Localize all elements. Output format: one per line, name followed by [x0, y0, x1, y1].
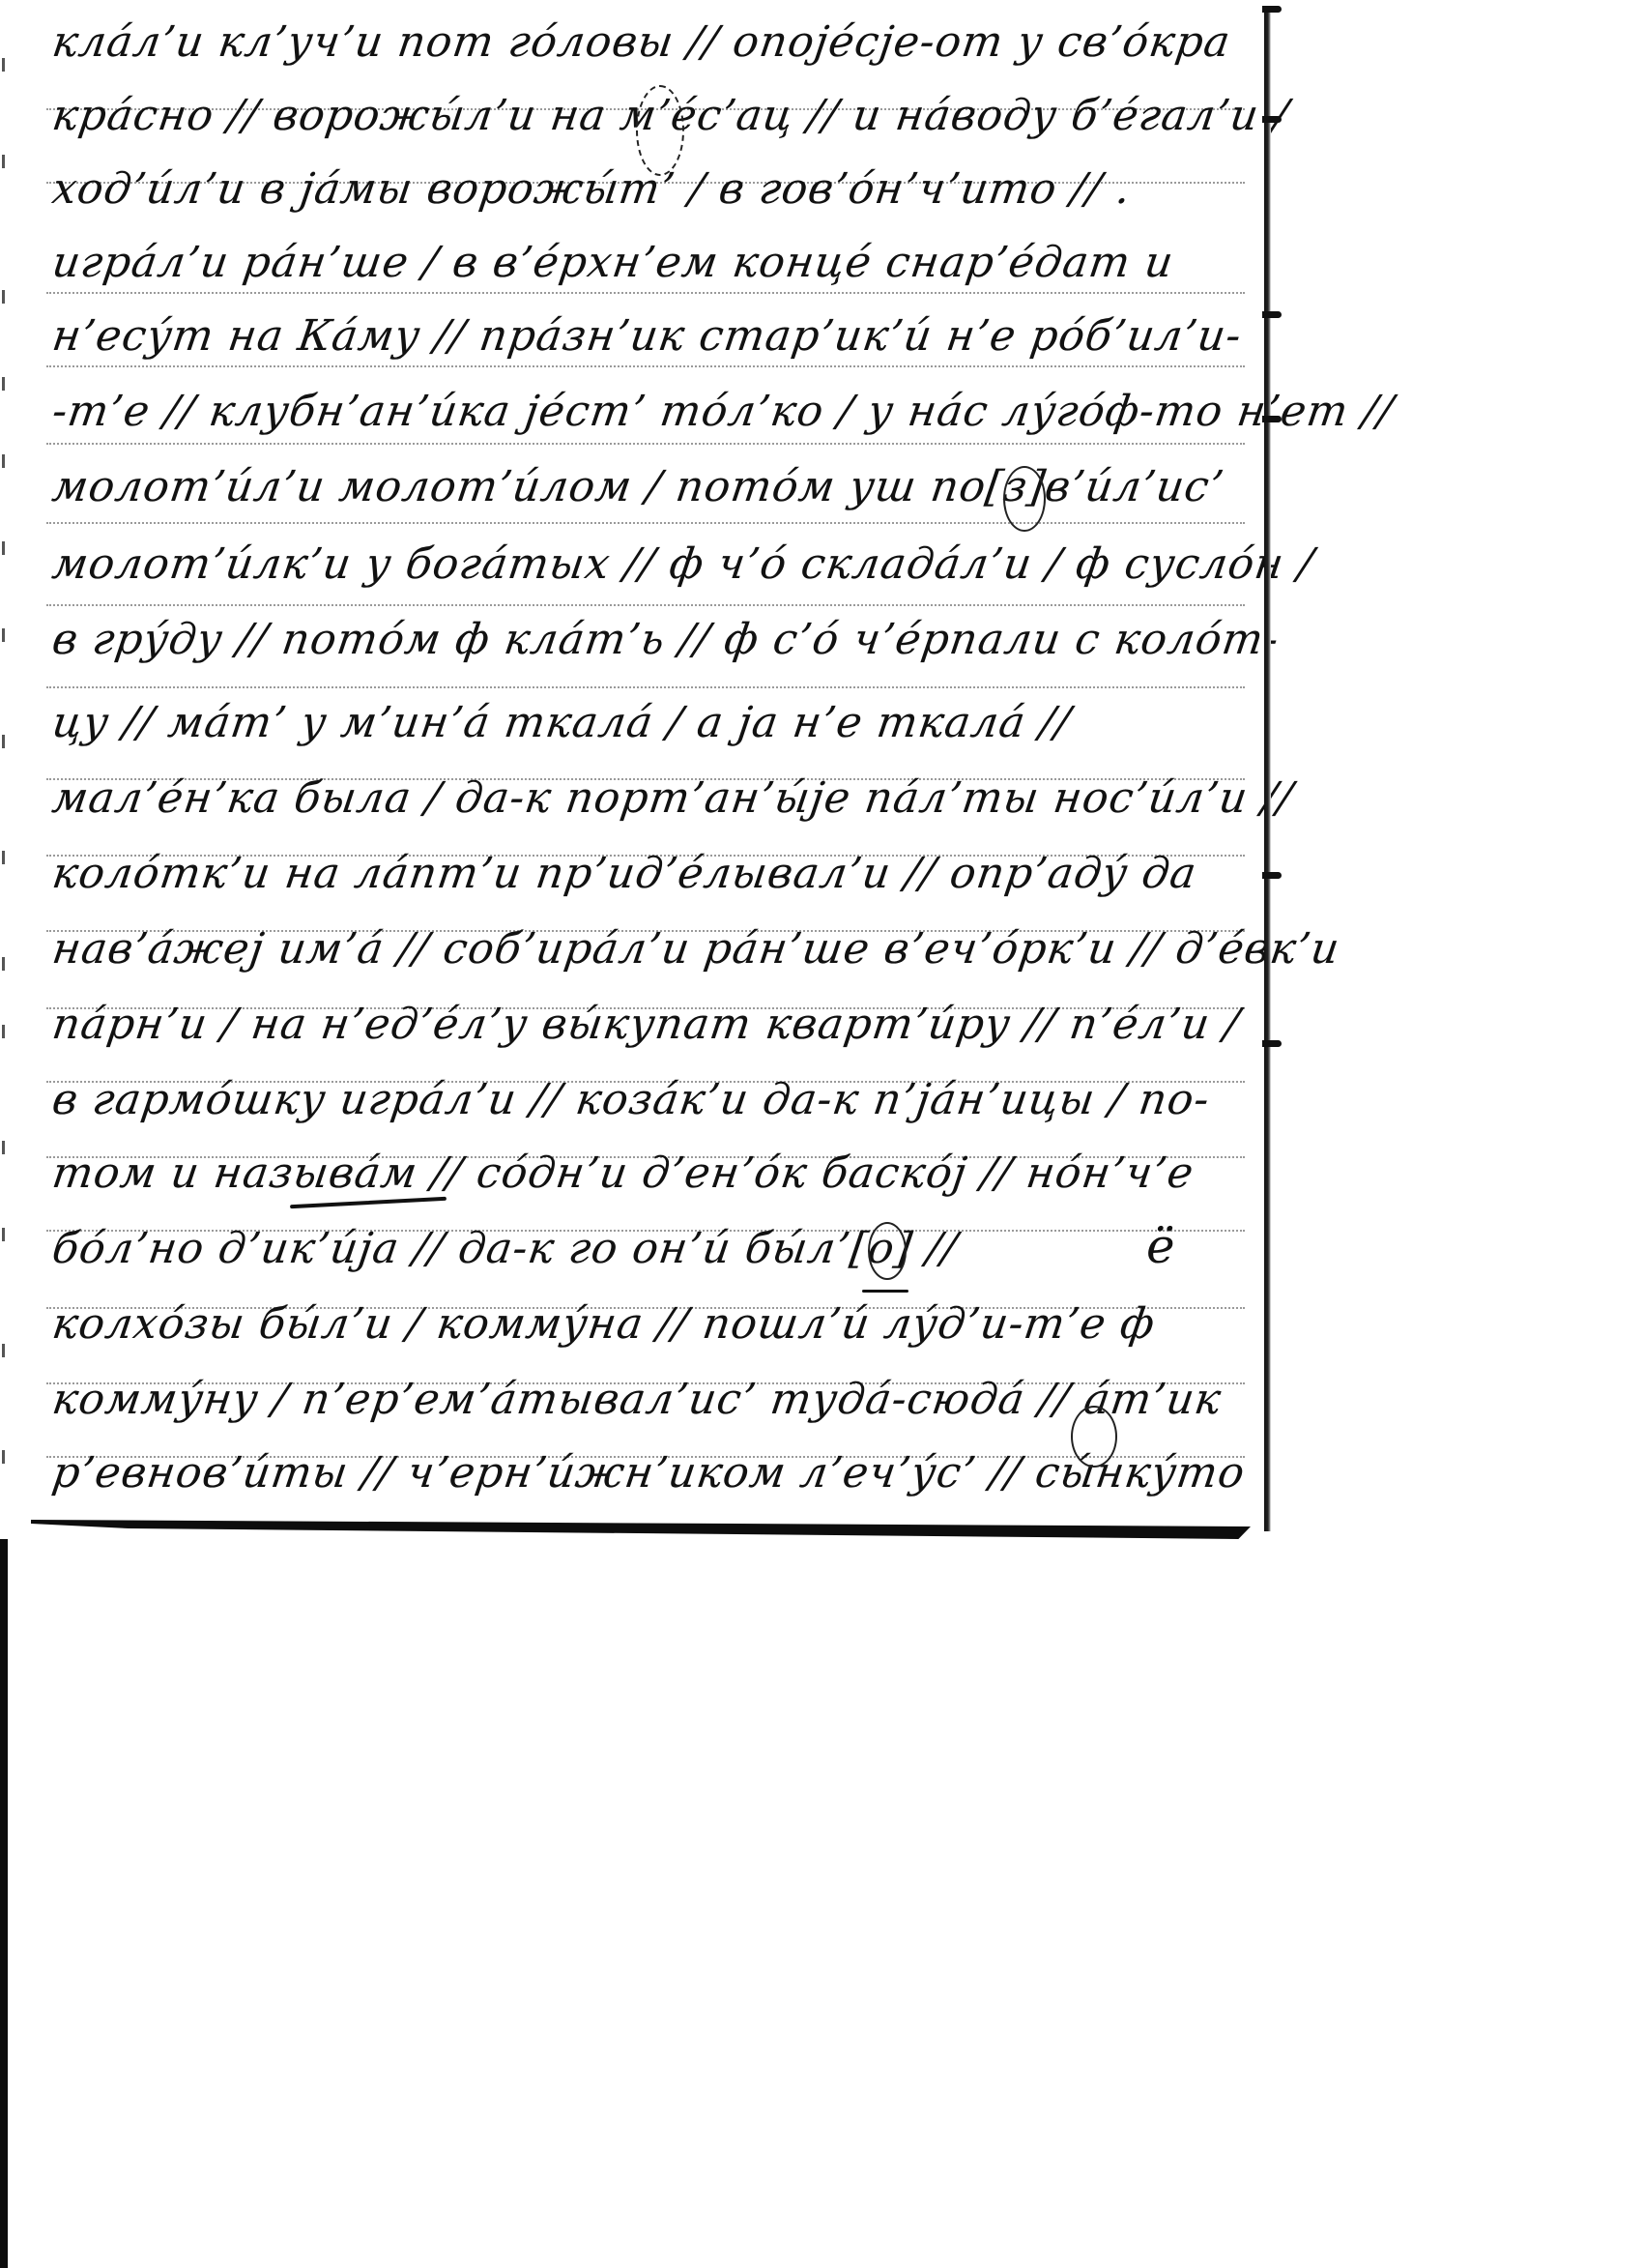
- border-tab: [1262, 872, 1282, 879]
- correction-circle: [636, 85, 684, 176]
- page-right-border: [1264, 6, 1271, 1531]
- border-tab: [1262, 311, 1282, 318]
- margin-correction: ё: [1146, 1218, 1175, 1274]
- underline-mark: [862, 1290, 908, 1293]
- correction-circle: [1003, 466, 1046, 532]
- correction-circle: [868, 1222, 907, 1280]
- border-tab: [1262, 416, 1282, 422]
- manuscript-line-7: молот’и́л’и молот’и́лом / пото́м уш по[з…: [46, 443, 1267, 532]
- scanned-page: кла́л’и кл’уч’и пот го́ловы // опоје́сје…: [0, 0, 1643, 2268]
- border-tab: [1262, 6, 1282, 13]
- page-left-edge: [0, 1539, 8, 2268]
- correction-circle: [1071, 1406, 1117, 1468]
- border-tab: [1262, 1040, 1282, 1047]
- border-tab: [1262, 116, 1282, 123]
- manuscript-line-9: в гру́ду // пото́м ф кла́т’ь // ф с’о́ ч…: [46, 596, 1267, 684]
- manuscript-sheet: кла́л’и кл’уч’и пот го́ловы // опоје́сје…: [17, 0, 1266, 1539]
